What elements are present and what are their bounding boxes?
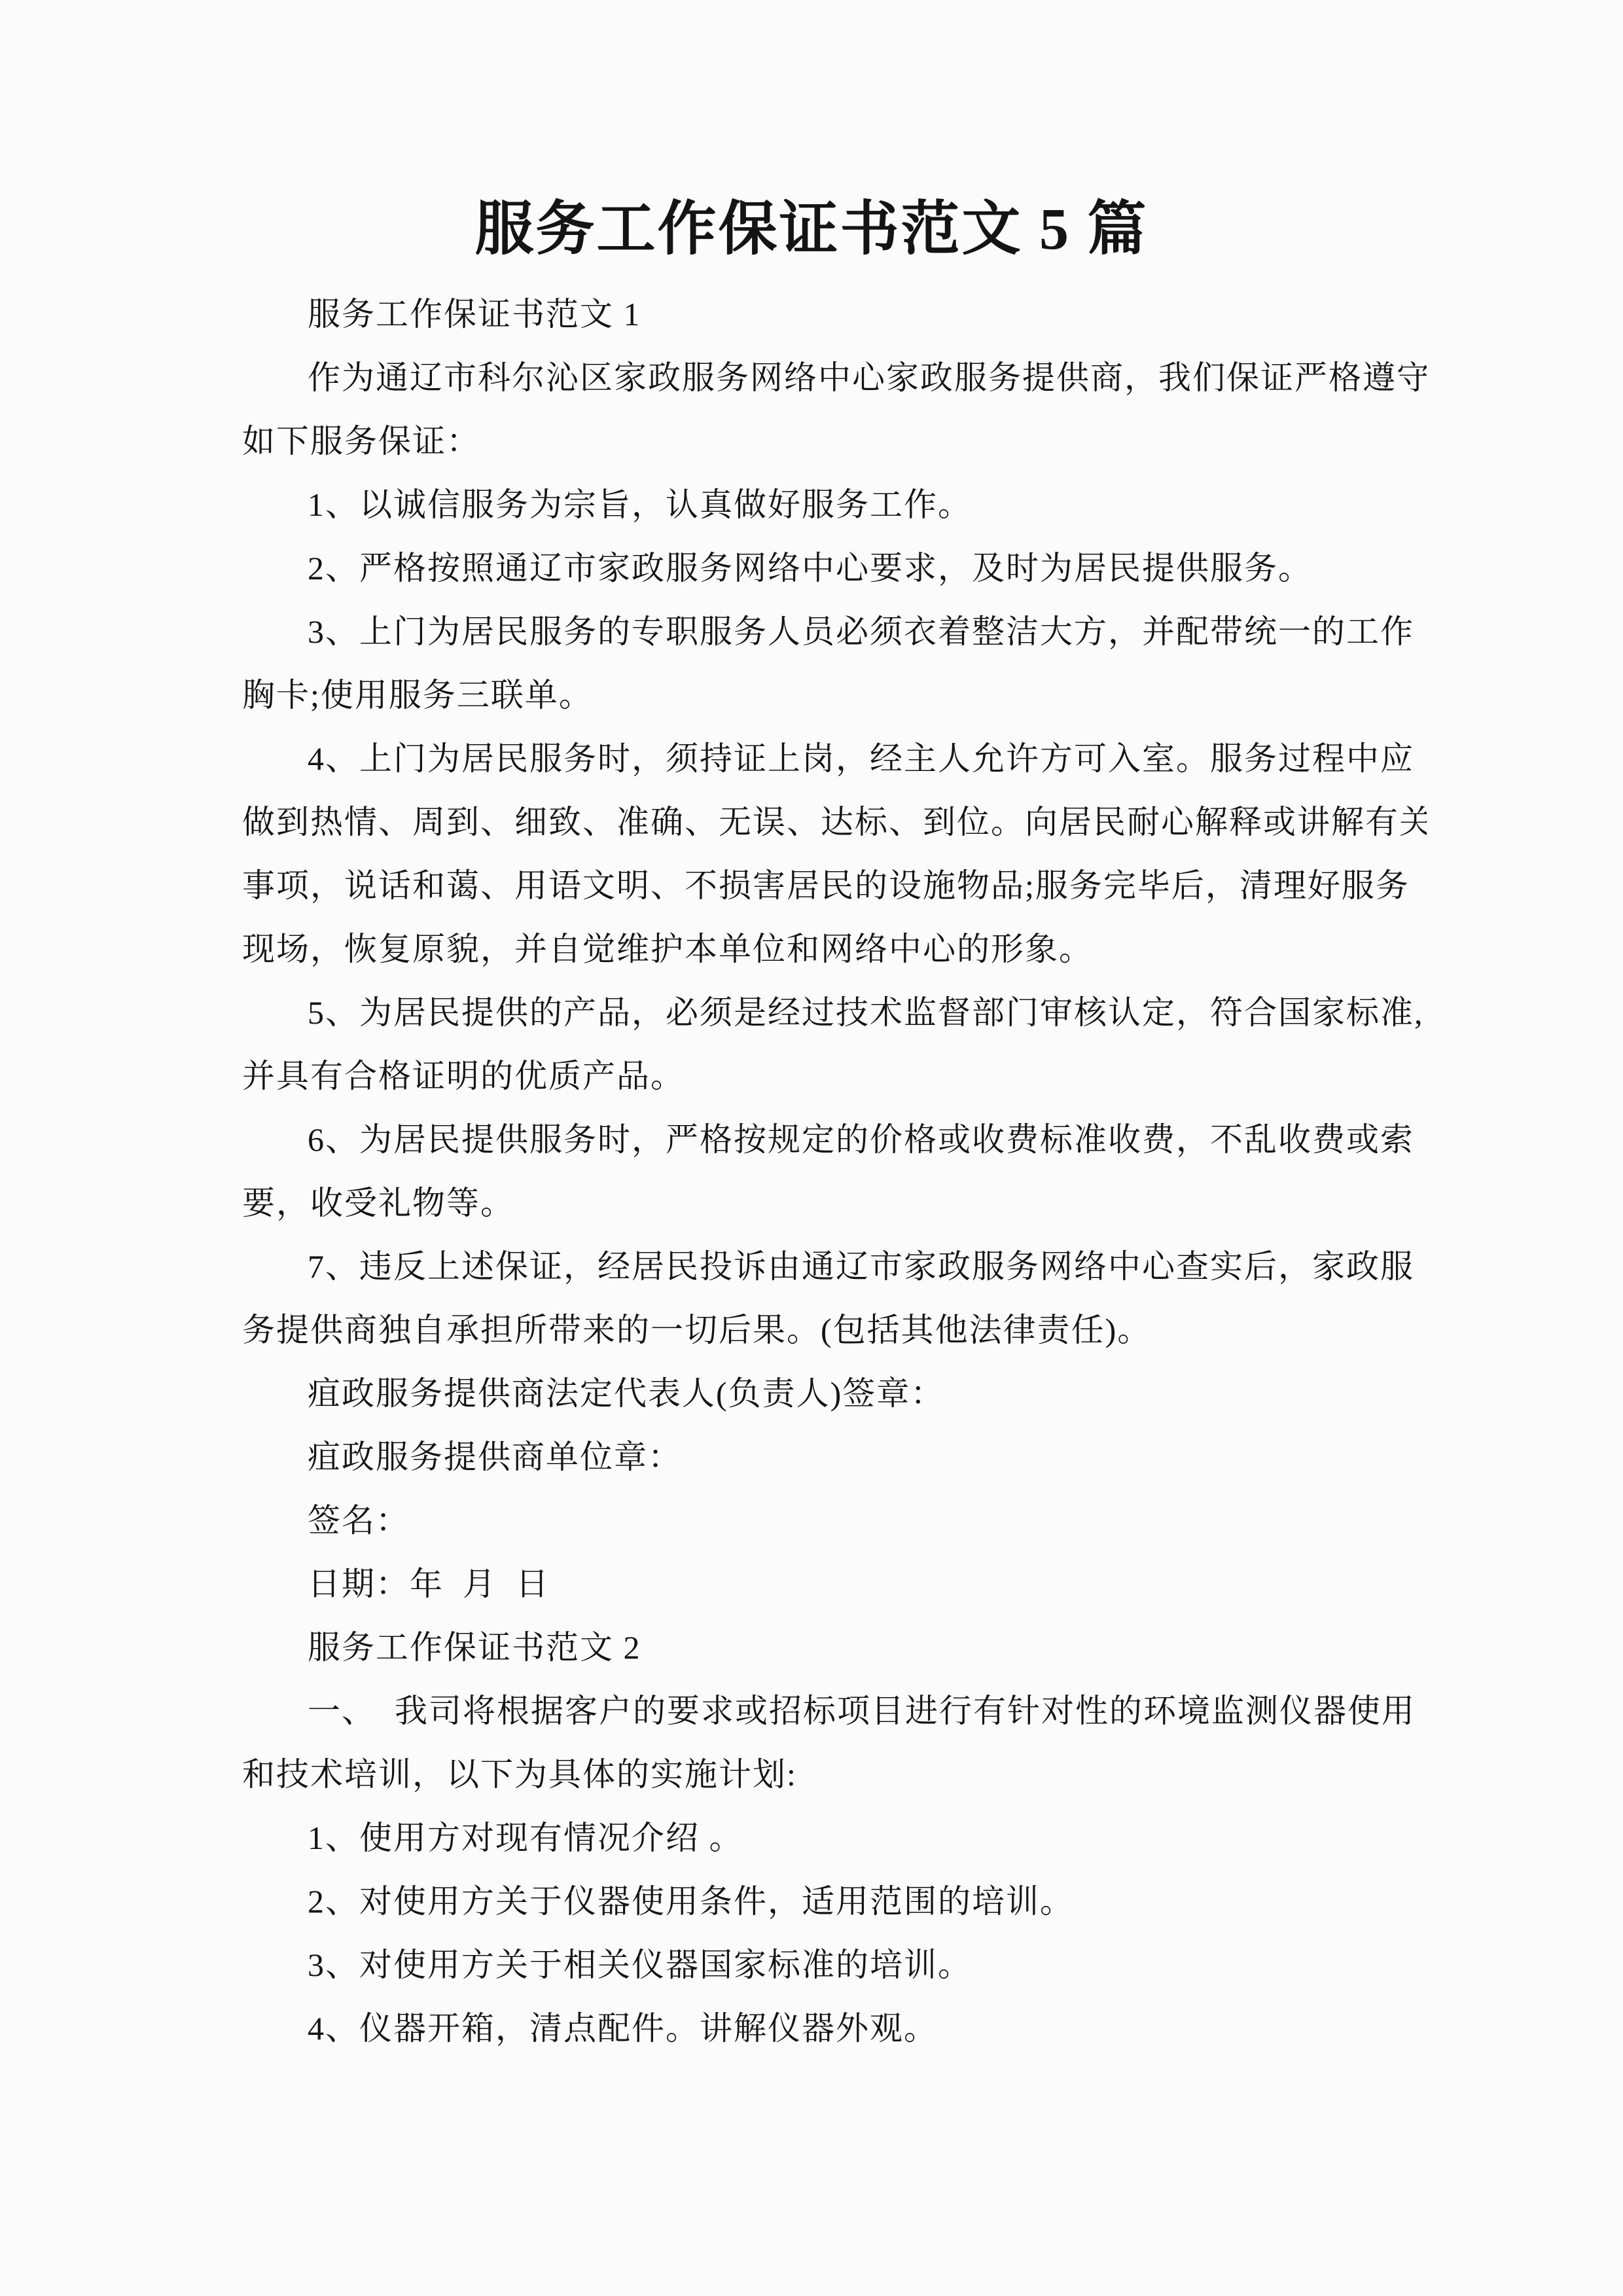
document-line: 2、严格按照通辽市家政服务网络中心要求，及时为居民提供服务。 — [242, 537, 1427, 600]
document-line: 7、违反上述保证，经居民投诉由通辽市家政服务网络中心查实后，家政服 — [242, 1235, 1427, 1299]
document-line: 3、对使用方关于相关仪器国家标准的培训。 — [242, 1933, 1427, 1997]
document-line: 和技术培训，以下为具体的实施计划: — [242, 1743, 1427, 1806]
document-line: 1、以诚信服务为宗旨，认真做好服务工作。 — [242, 473, 1427, 537]
document-line: 3、上门为居民服务的专职服务人员必须衣着整洁大方，并配带统一的工作 — [242, 600, 1427, 664]
document-line: 2、对使用方关于仪器使用条件，适用范围的培训。 — [242, 1870, 1427, 1933]
document-line: 要，收受礼物等。 — [242, 1172, 1427, 1235]
document-line: 4、上门为居民服务时，须持证上岗，经主人允许方可入室。服务过程中应 — [242, 727, 1427, 791]
document-line: 胸卡;使用服务三联单。 — [242, 664, 1427, 727]
document-line: 1、使用方对现有情况介绍 。 — [242, 1806, 1427, 1870]
document-line: 服务工作保证书范文 2 — [242, 1616, 1427, 1679]
document-line: 作为通辽市科尔沁区家政服务网络中心家政服务提供商，我们保证严格遵守 — [242, 346, 1427, 410]
document-line: 4、仪器开箱，清点配件。讲解仪器外观。 — [242, 1997, 1427, 2060]
document-line: 并具有合格证明的优质产品。 — [242, 1045, 1427, 1108]
document-line: 签名： — [242, 1489, 1427, 1552]
document-line: 6、为居民提供服务时，严格按规定的价格或收费标准收费，不乱收费或索 — [242, 1108, 1427, 1172]
document-line: 如下服务保证： — [242, 410, 1427, 473]
document-line: 日期：年 月 日 — [242, 1552, 1427, 1616]
document-line: 务提供商独自承担所带来的一切后果。(包括其他法律责任)。 — [242, 1299, 1427, 1362]
document-line: 现场，恢复原貌，并自觉维护本单位和网络中心的形象。 — [242, 918, 1427, 981]
document-line: 疽政服务提供商法定代表人(负责人)签章： — [242, 1362, 1427, 1426]
document-line: 5、为居民提供的产品，必须是经过技术监督部门审核认定，符合国家标准, — [242, 981, 1427, 1045]
document-line: 一、 我司将根据客户的要求或招标项目进行有针对性的环境监测仪器使用 — [242, 1679, 1427, 1743]
document-page: 服务工作保证书范文 5 篇 服务工作保证书范文 1作为通辽市科尔沁区家政服务网络… — [0, 0, 1623, 2296]
document-line: 服务工作保证书范文 1 — [242, 283, 1427, 346]
document-line: 事项，说话和蔼、用语文明、不损害居民的设施物品;服务完毕后，清理好服务 — [242, 854, 1427, 918]
document-line: 做到热情、周到、细致、准确、无误、达标、到位。向居民耐心解释或讲解有关 — [242, 791, 1427, 854]
document-body: 服务工作保证书范文 1作为通辽市科尔沁区家政服务网络中心家政服务提供商，我们保证… — [0, 283, 1623, 2060]
document-line: 疽政服务提供商单位章： — [242, 1426, 1427, 1489]
document-title: 服务工作保证书范文 5 篇 — [0, 0, 1623, 264]
